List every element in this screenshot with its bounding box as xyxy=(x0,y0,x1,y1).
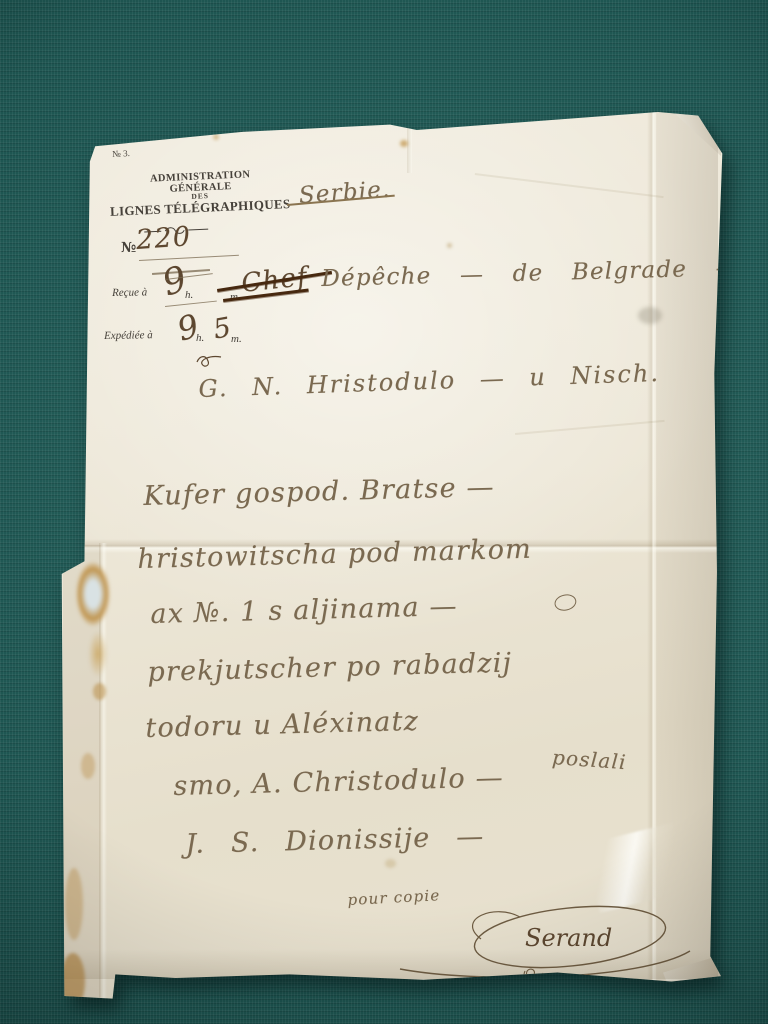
signature-name: Serand xyxy=(525,924,612,952)
side-word-handwritten: poslali xyxy=(551,745,627,774)
stain-drip xyxy=(85,623,111,685)
foxing-spot xyxy=(400,140,408,147)
body-line-1: Kufer gospod. Bratse — xyxy=(143,472,495,512)
stain-blob-large xyxy=(71,553,115,635)
smudge-gray xyxy=(638,307,662,324)
foxing-spot xyxy=(385,859,396,868)
telegram-paper: № 3. ADMINISTRATION GÉNÉRALE DES LIGNES … xyxy=(55,103,725,1005)
number-value-handwritten: 220 xyxy=(135,221,192,256)
stain-dot xyxy=(93,683,106,700)
received-label: Reçue à xyxy=(112,286,147,299)
wrinkle-line xyxy=(515,420,665,435)
stain-dot xyxy=(81,753,95,779)
struck-heading-handwritten: Serbie. xyxy=(298,177,391,209)
addressee-line-handwritten: G. N. Hristodulo — u Nisch. xyxy=(198,359,660,403)
stain-bottom-left xyxy=(61,953,85,1009)
signature-flourish: Serand xyxy=(385,891,705,991)
body-line-3: ax №. 1 s aljinama — xyxy=(150,591,458,630)
body-line-5: todoru u Aléxinatz xyxy=(145,706,419,744)
wrinkle-line xyxy=(475,173,664,198)
sent-minute-unit: m. xyxy=(231,333,242,345)
form-number-small: № 3. xyxy=(112,148,130,159)
received-hour-unit: h. xyxy=(185,289,193,301)
body-line-4: prekjutscher po rabadzij xyxy=(147,647,512,688)
body-line-6: smo, A. Christodulo — xyxy=(173,762,504,802)
photograph: № 3. ADMINISTRATION GÉNÉRALE DES LIGNES … xyxy=(0,0,768,1024)
ink-circle-mark xyxy=(553,592,578,612)
sent-hour-unit: h. xyxy=(196,332,204,344)
paper-shadow-wrap: № 3. ADMINISTRATION GÉNÉRALE DES LIGNES … xyxy=(0,0,768,1024)
number-underline xyxy=(139,255,239,261)
body-line-7: J. S. Dionissije — xyxy=(185,821,485,860)
stain-streak-left xyxy=(65,868,83,940)
foxing-spot xyxy=(447,243,452,248)
flourish-scribble xyxy=(195,353,223,367)
signature-block: Serand xyxy=(385,891,705,991)
sent-label: Expédiée à xyxy=(104,329,153,342)
foxing-spot xyxy=(213,134,219,140)
number-label: № xyxy=(121,240,136,256)
